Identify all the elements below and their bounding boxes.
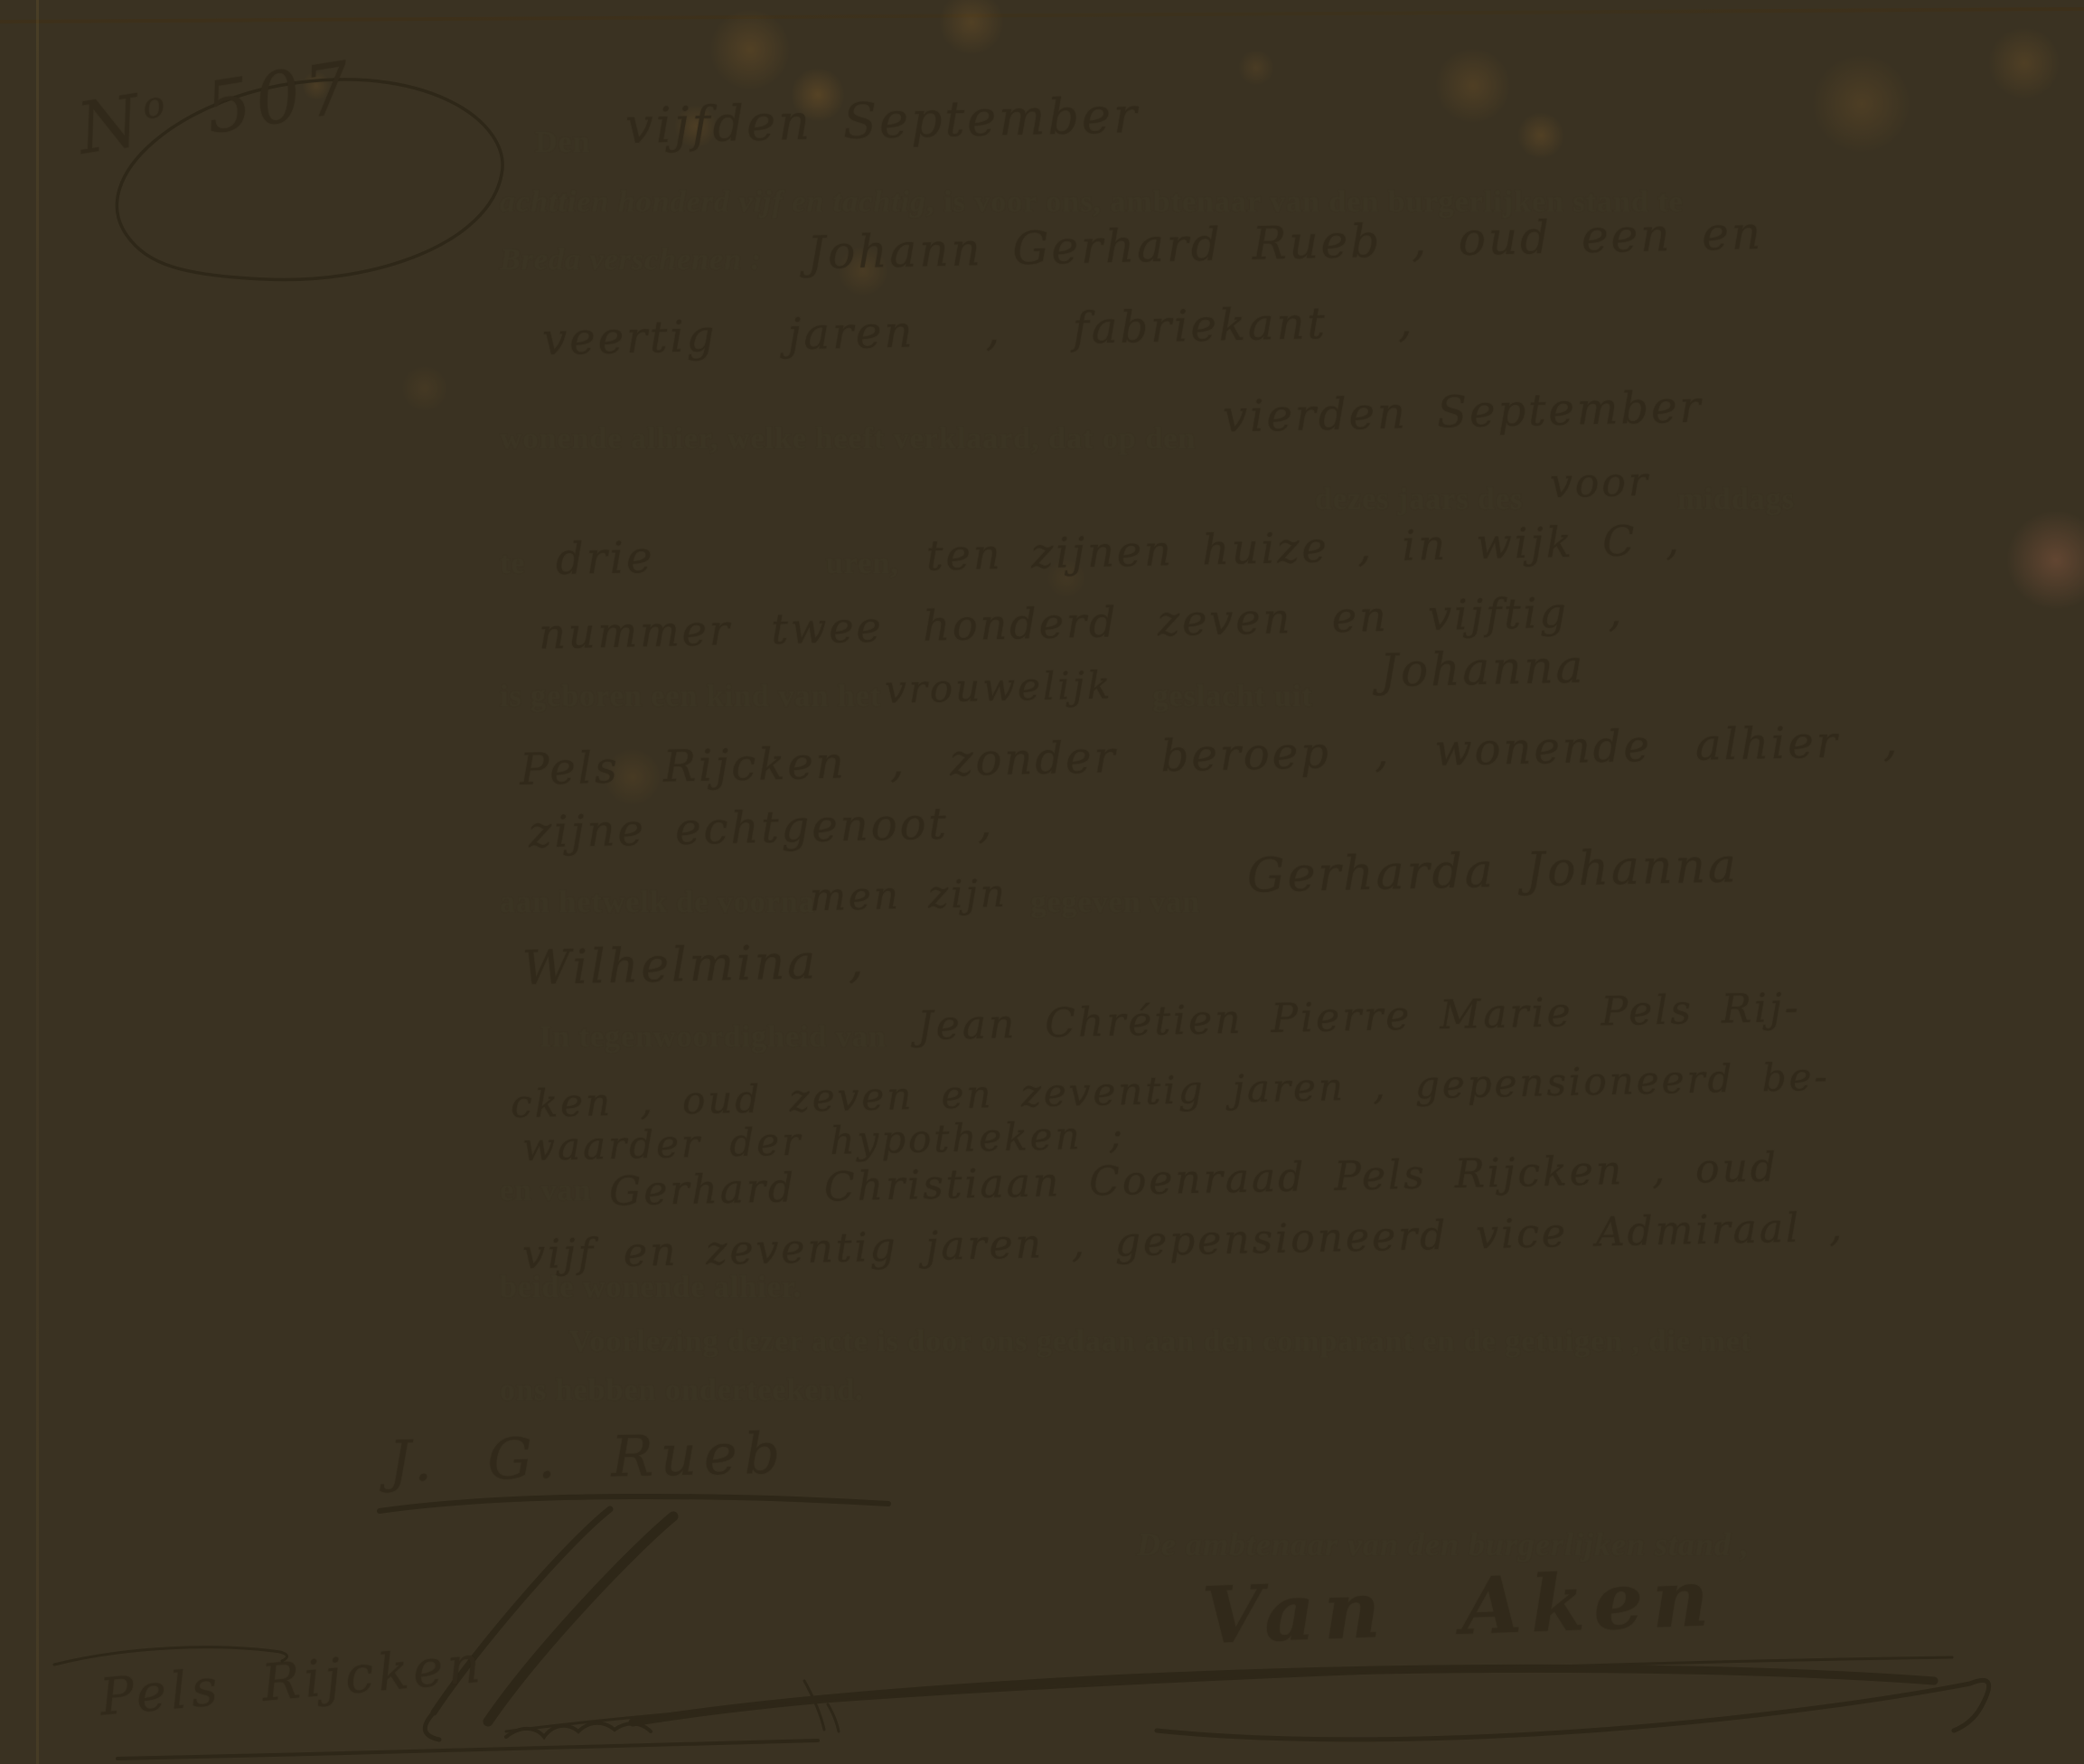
handwritten-given-names-2: Wilhelmina , (521, 934, 866, 996)
line-witness2-name: en van Gerhard Christiaan Coenraad Pels … (500, 1164, 1779, 1210)
handwritten-house: ten zijnen huize , in wijk C , (925, 515, 1682, 579)
handwritten-declarant-age: veertig jaren , fabriekant , (542, 296, 1415, 365)
handwritten-daypart: voor (1550, 459, 1651, 507)
line-child-born: is geboren een kind van hetvrouwelijk ge… (500, 664, 1585, 717)
line-spouse: zijne echtgenoot , (529, 802, 994, 853)
handwritten-hour: drie (556, 532, 656, 585)
handwritten-given-names-1: Gerharda Johanna (1246, 839, 1739, 903)
handwritten-witness1-name: Jean Chrétien Pierre Marie Pels Rij- (916, 985, 1801, 1049)
printed-closing-1: Voorlezing dezer acte is door ons gedaan… (569, 1325, 1751, 1358)
line-hour-house: te drie uren, ten zijnen huize , in wijk… (500, 533, 1682, 584)
line-place-declarant: Breda verschenen : Johann Gerhard Rueb ,… (500, 228, 1763, 280)
printed-te: te (500, 547, 525, 580)
printed-uren: uren, (826, 547, 899, 580)
line-witness1-occupation: waarder der hypotheken ; (522, 1119, 1125, 1163)
line-residence: beide wonende alhier. (500, 1271, 802, 1305)
line-witness1-intro: In tegenwoordigheid van Jean Chrétien Pi… (540, 1010, 1801, 1056)
handwritten-birth-date: vierden September (1223, 381, 1704, 442)
signature-declarant: J. G. Rueb (389, 1424, 787, 1490)
handwritten-child-sex: vrouwelijk (885, 662, 1113, 711)
printed-names-a: aan hetwelk de voorna (500, 886, 815, 919)
printed-place: Breda verschenen : (500, 243, 762, 277)
printed-year-italic: achttien honderd vijf en tachtig (500, 185, 926, 219)
line-declaration-intro: wonende alhier, welke heeft verklaard, d… (500, 408, 1704, 459)
line-house-number: nummer twee honderd zeven en vijftig , (539, 598, 1624, 647)
line-given-names-intro: aan hetwelk de voornamen zijn gegeven va… (500, 869, 1739, 924)
line-closing-1: Voorlezing dezer acte is door ons gedaan… (569, 1325, 1751, 1359)
line-closing-2: ons hebben onderteekend. (500, 1374, 864, 1408)
line-witness1-age: cken , oud zeven en zeventig jaren , gep… (511, 1068, 1830, 1112)
printed-names-b: gegeven van (1030, 886, 1200, 919)
handwritten-act-date: vijfden September (624, 87, 1140, 155)
printed-born-b: geslacht uit (1152, 680, 1312, 713)
printed-witness-intro: In tegenwoordigheid van (540, 1020, 887, 1054)
handwritten-witness2-age: vijf en zeventig jaren , gepensioneerd v… (522, 1205, 1845, 1279)
printed-middags: middags (1677, 483, 1795, 516)
printed-born-a: is geboren een kind van het (500, 680, 881, 713)
handwritten-mother-surname: Pels Rijcken , zonder beroep , wonende a… (520, 716, 1901, 795)
printed-dezes-jaars: dezes jaars des (1315, 483, 1523, 516)
line-time-of-day: dezes jaars des voor middags (1315, 473, 1795, 519)
handwritten-names-overwrite: men zijn (809, 871, 1008, 920)
line-given-names-2: Wilhelmina , (522, 938, 866, 992)
handwritten-spouse: zijne echtgenoot , (528, 798, 994, 859)
line-mother-surname: Pels Rijcken , zonder beroep , wonende a… (520, 730, 1900, 781)
signature-declarant-text: J. G. Rueb (388, 1420, 788, 1494)
printed-closing-2: ons hebben onderteekend. (500, 1374, 864, 1407)
line-witness2-age: vijf en zeventig jaren , gepensioneerd v… (522, 1218, 1845, 1264)
printed-en-van: en van (500, 1174, 591, 1207)
handwritten-mother-first-name: Johanna (1379, 641, 1586, 698)
printed-residence: beide wonende alhier. (500, 1271, 802, 1304)
signature-tail-flourishes (0, 1625, 2084, 1764)
registration-prefix: N (72, 80, 151, 171)
line-declarant-age-occupation: veertig jaren , fabriekant , (542, 305, 1414, 356)
printed-declaration-intro: wonende alhier, welke heeft verklaard, d… (500, 422, 1196, 455)
handwritten-witness1-age: cken , oud zeven en zeventig jaren , gep… (511, 1055, 1831, 1127)
birth-certificate-page: No 507 Den vijfden September achttien ho… (0, 0, 2084, 1764)
printed-den: Den (535, 126, 591, 159)
line-opening-date: Den vijfden September (535, 107, 1139, 164)
